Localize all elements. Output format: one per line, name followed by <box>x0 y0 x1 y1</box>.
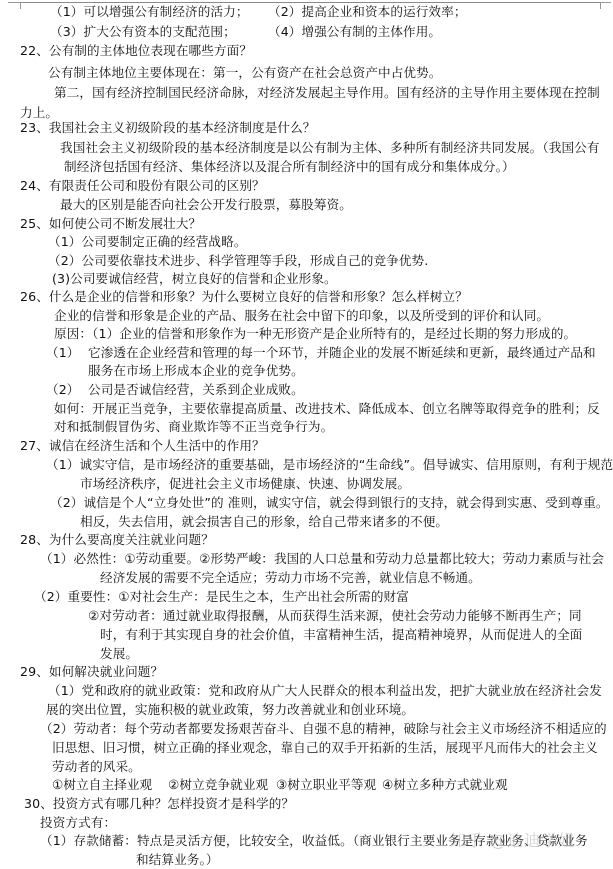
question-heading: 28、为什么要高度关注就业问题？ <box>20 531 214 549</box>
text-line: 第二，国有经济控制国民经济命脉，对经济发展起主导作用。国有经济的主导作用主要体现… <box>54 84 600 102</box>
text-line: （1）公司要制定正确的经营战略。 <box>48 233 247 251</box>
text-line: 我国社会主义初级阶段的基本经济制度是以公有制为主体、多种所有制经济共同发展。（我… <box>60 139 600 157</box>
text-line: 服务在市场上形成本企业的竞争优势。 <box>88 362 304 380</box>
watermark: 知乎 @迪迪学姐 <box>450 828 575 851</box>
text-line: ③树立职业平等观 <box>276 776 376 794</box>
text-line: 制经济包括国有经济、集体经济以及混合所有制经济中的国有成分和集体成分。） <box>64 158 515 176</box>
text-line: 如何：开展正当竞争，主要依靠提高质量、改进技术、降低成本、创立名牌等取得竞争的胜… <box>54 400 600 418</box>
text-line: 时，有利于其实现自身的社会价值，丰富精神生活，提高精神境界，从而促进人的全面 <box>100 626 582 644</box>
text-line: 对和抵制假冒伪劣、商业欺诈等不正当竞争行为。 <box>54 418 333 436</box>
text-line: （1） <box>46 344 80 362</box>
text-line: ④树立多种方式就业观 <box>382 776 508 794</box>
text-line: （1）诚实守信，是市场经济的重要基础，是市场经济的“生命线”。倡导诚实、信用原则… <box>46 456 613 474</box>
text-line: （1）必然性：①劳动重要。②形势严峻：我国的人口总量和劳动力总量都比较大；劳动力… <box>40 550 604 568</box>
text-line: 旧思想、旧习惯，树立正确的择业观念，靠自己的双手开拓新的生活，展现平凡而伟大的社… <box>52 739 598 757</box>
question-heading: 23、我国社会主义初级阶段的基本经济制度是什么？ <box>20 119 316 137</box>
text-line: 原因：（1）企业的信誉和形象作为一种无形资产是企业所特有的，是经过长期的努力形成… <box>54 325 576 343</box>
text-line: （3）扩大公有资本的支配范围； <box>50 23 236 41</box>
question-heading: 22、公有制的主体地位表现在哪些方面？ <box>20 42 252 60</box>
question-heading: 29、如何解决就业问题？ <box>20 663 163 681</box>
text-line: （1）党和政府的就业政策：党和政府从广大人民群众的根本利益出发，把扩大就业放在经… <box>48 682 602 700</box>
text-line: （2）重要性：①对社会生产：是民生之本，生产出社会所需的财富 <box>34 588 409 606</box>
text-line: 展的突出位置，实施积极的就业政策，努力改善就业和创业环境。 <box>46 701 414 719</box>
text-line: （2）诚信是个人“立身处世”的 准则，诚实守信，就会得到银行的支持，就会得到实惠… <box>50 494 609 512</box>
question-heading: 26、什么是企业的信誉和形象？为什么要树立良好的信誉和形象？怎么样树立？ <box>20 288 468 306</box>
text-line: (3)公司要诚信经营，树立良好的信誉和企业形象。 <box>52 270 337 288</box>
text-line: 企业的信誉和形象是企业的产品、服务在社会中留下的印象，以及所受到的评价和认同。 <box>54 307 549 325</box>
text-line: 和结算业务。） <box>136 851 219 869</box>
text-line: ①树立自主择业观 <box>52 776 152 794</box>
question-heading: 25、如何使公司不断发展壮大？ <box>20 215 201 233</box>
text-line: 公有制主体地位主要体现在：第一，公有资产在社会总资产中占优势。 <box>48 64 442 82</box>
question-heading: 27、诚信在经济生活和个人生活中的作用？ <box>20 437 265 455</box>
text-line: 公司是否诚信经营，关系到企业成败。 <box>88 381 304 399</box>
text-line: （2） <box>46 381 80 399</box>
text-line: 经济发展的需要不完全适应；劳动力市场不完善，就业信息不畅通。 <box>100 569 481 587</box>
question-heading: 24、有限责任公司和股份有限公司的区别？ <box>20 177 265 195</box>
text-line: ②对劳动者：通过就业取得报酬，从而获得生活来源，使社会劳动力能够不断再生产；同 <box>88 607 582 625</box>
page-corner-mark-left <box>8 2 21 9</box>
page-corner-mark-right <box>600 2 611 9</box>
text-line: （1）可以增强公有制经济的活力； <box>50 3 249 21</box>
text-line: 市场经济秩序，促进社会主义市场健康、快速、协调发展。 <box>80 475 410 493</box>
text-line: 投资方式有： <box>40 814 116 832</box>
question-heading: 30、投资方式有哪几种？怎样投资才是科学的？ <box>24 795 294 813</box>
text-line: 相反，失去信用，就会损害自己的形象，给自己带来诸多的不便。 <box>80 513 448 531</box>
text-line: （2）提高企业和资本的运行效率； <box>268 3 467 21</box>
text-line: （4）增强公有制的主体作用。 <box>268 23 441 41</box>
text-line: 它渗透在企业经营和管理的每一个环节，并随企业的发展不断延续和更新，最终通过产品和 <box>88 344 596 362</box>
text-line: ②树立竞争就业观 <box>168 776 268 794</box>
text-line: 劳动者的风采。 <box>52 758 141 776</box>
text-line: （2）公司要依靠技术进步、科学管理等手段，形成自己的竞争优势. <box>48 252 428 270</box>
text-line: （2）劳动者：每个劳动者都要发扬艰苦奋斗、自强不息的精神，破除与社会主义市场经济… <box>40 720 607 738</box>
text-line: 发展。 <box>100 645 138 663</box>
text-line: 最大的区别是能否向社会公开发行股票，募股筹资。 <box>60 196 352 214</box>
